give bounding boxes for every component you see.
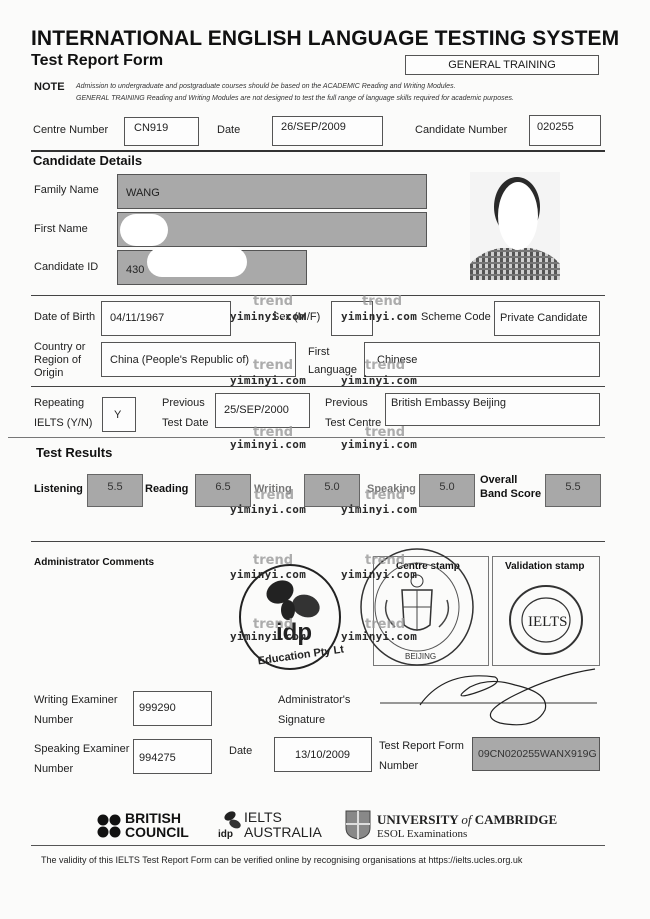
note-line-1: Admission to undergraduate and postgradu…	[76, 83, 456, 90]
svg-text:Education Pty Ltd: Education Pty Ltd	[257, 643, 344, 668]
previous-test-date-field: 25/SEP/2000	[215, 393, 310, 428]
first-name-label: First Name	[34, 223, 88, 235]
issue-date-field: 13/10/2009	[274, 737, 372, 772]
family-name-field: WANG	[117, 174, 427, 209]
family-name-label: Family Name	[34, 184, 99, 196]
watermark-logo: trend	[365, 358, 405, 373]
watermark-text: yiminyi.com	[341, 438, 417, 451]
candidate-id-label: Candidate ID	[34, 261, 98, 273]
speaking-score: 5.0	[419, 474, 475, 507]
candidate-number-value: 020255	[537, 121, 574, 133]
candidate-number-field: 020255	[529, 115, 601, 146]
british-council-dots-icon	[97, 814, 121, 838]
scheme-code-value: Private Candidate	[500, 312, 587, 324]
validity-statement: The validity of this IELTS Test Report F…	[41, 855, 522, 865]
watermark-text: yiminyi.com	[230, 374, 306, 387]
watermark-logo: trend	[253, 553, 293, 568]
watermark-logo: trend	[253, 294, 293, 309]
scheme-code-field: Private Candidate	[494, 301, 600, 336]
previous-test-centre-field: British Embassy Beijing	[385, 393, 600, 426]
dob-label: Date of Birth	[34, 311, 95, 323]
administrator-signature-label: Administrator's Signature	[278, 690, 350, 730]
previous-test-centre-value: British Embassy Beijing	[391, 397, 506, 409]
watermark-text: yiminyi.com	[230, 568, 306, 581]
dob-field: 04/11/1967	[101, 301, 231, 336]
watermark-text: yiminyi.com	[230, 438, 306, 451]
speaking-examiner-field: 994275	[133, 739, 212, 774]
date-label: Date	[217, 124, 240, 136]
watermark-text: yiminyi.com	[230, 310, 306, 323]
validation-stamp: IELTS	[507, 583, 585, 657]
cambridge-shield-icon	[345, 810, 371, 840]
svg-text:BEIJING: BEIJING	[405, 652, 436, 661]
watermark-text: yiminyi.com	[341, 568, 417, 581]
overall-band-label: Overall Band Score	[480, 473, 541, 501]
candidate-details-heading: Candidate Details	[33, 153, 142, 168]
candidate-photo	[470, 172, 560, 280]
idp-ielts-australia-logo: idp IELTS AUSTRALIA	[218, 810, 318, 840]
speaking-examiner-label: Speaking Examiner Number	[34, 739, 129, 779]
divider	[31, 541, 605, 542]
previous-test-date-label: Previous Test Date	[162, 393, 208, 433]
form-subtitle: Test Report Form	[31, 52, 163, 70]
centre-number-value: CN919	[134, 122, 168, 134]
country-value: China (People's Republic of)	[110, 354, 249, 366]
administrator-comments-label: Administrator Comments	[34, 557, 154, 568]
writing-examiner-label: Writing Examiner Number	[34, 690, 118, 730]
repeating-value: Y	[114, 409, 121, 421]
trf-number-value: 09CN020255WANX919G	[478, 748, 597, 760]
overall-band-score: 5.5	[545, 474, 601, 507]
svg-text:IELTS: IELTS	[528, 614, 567, 630]
divider	[31, 386, 605, 387]
reading-label: Reading	[145, 483, 188, 495]
note-line-2: GENERAL TRAINING Reading and Writing Mod…	[76, 95, 514, 102]
previous-test-date-value: 25/SEP/2000	[224, 404, 289, 416]
watermark-logo: trend	[254, 488, 294, 503]
administrator-signature	[375, 665, 605, 735]
country-label: Country or Region of Origin	[34, 341, 85, 380]
divider	[8, 437, 605, 438]
writing-examiner-field: 999290	[133, 691, 212, 726]
watermark-text: yiminyi.com	[341, 374, 417, 387]
trf-number-field: 09CN020255WANX919G	[472, 737, 600, 771]
watermark-logo: trend	[253, 358, 293, 373]
test-date-value: 26/SEP/2009	[281, 121, 346, 133]
trf-number-label: Test Report Form Number	[379, 736, 464, 776]
note-label: NOTE	[34, 81, 65, 93]
centre-number-field: CN919	[124, 117, 199, 146]
validation-stamp-label: Validation stamp	[505, 561, 584, 572]
family-name-value: WANG	[126, 187, 160, 199]
centre-number-label: Centre Number	[33, 124, 108, 136]
module-value: GENERAL TRAINING	[406, 59, 598, 71]
watermark-text: yiminyi.com	[341, 310, 417, 323]
watermark-logo: trend	[362, 294, 402, 309]
test-results-heading: Test Results	[36, 445, 112, 460]
issue-date-value: 13/10/2009	[295, 749, 350, 761]
writing-examiner-value: 999290	[139, 702, 176, 714]
watermark-text: yiminyi.com	[230, 503, 306, 516]
form-title: INTERNATIONAL ENGLISH LANGUAGE TESTING S…	[31, 27, 619, 51]
listening-label: Listening	[34, 483, 83, 495]
repeating-field: Y	[102, 397, 136, 432]
listening-score: 5.5	[87, 474, 143, 507]
watermark-text: yiminyi.com	[230, 630, 306, 643]
scheme-code-label: Scheme Code	[421, 311, 491, 323]
dob-value: 04/11/1967	[110, 312, 164, 324]
speaking-examiner-value: 994275	[139, 752, 176, 764]
divider	[31, 845, 605, 846]
repeating-label: Repeating IELTS (Y/N)	[34, 393, 92, 433]
module-box: GENERAL TRAINING	[405, 55, 599, 75]
redaction-mark	[147, 247, 247, 277]
test-date-field: 26/SEP/2009	[272, 116, 383, 146]
watermark-text: yiminyi.com	[341, 630, 417, 643]
watermark-logo: trend	[365, 553, 405, 568]
divider	[31, 295, 605, 296]
watermark-text: yiminyi.com	[341, 503, 417, 516]
redaction-mark	[120, 214, 168, 246]
candidate-id-value: 430	[126, 264, 144, 276]
candidate-number-label: Candidate Number	[415, 124, 507, 136]
divider	[31, 150, 605, 152]
watermark-logo: trend	[365, 488, 405, 503]
issue-date-label: Date	[229, 745, 252, 757]
